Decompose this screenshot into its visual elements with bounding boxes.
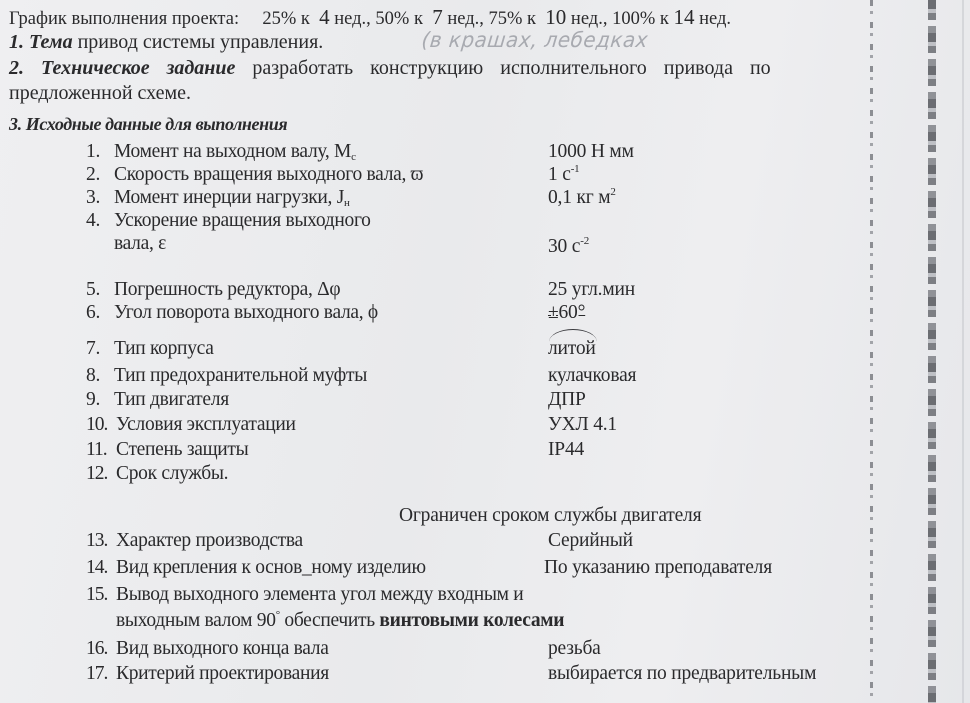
section-3-heading: 3. Исходные данные для выполнения — [9, 113, 287, 135]
scan-edge-line — [870, 0, 873, 703]
section-2-spec: 2. Техническое задание разработать конст… — [9, 57, 929, 79]
scan-binding-edge — [928, 0, 936, 703]
param-item-8: 8.Тип предохранительной муфты — [86, 365, 367, 387]
schedule-label: График выполнения проекта: — [9, 9, 239, 29]
param-item-15-continued: выходным валом 90° обеспечить винтовыми … — [116, 610, 564, 632]
section-2-label: 2. Техническое задание — [9, 57, 235, 79]
section-2-text: разработать конструкцию исполнительного … — [252, 57, 770, 79]
param-item-12: 12.Срок службы. — [86, 463, 228, 485]
param-value-4: 30 с-2 — [548, 236, 589, 258]
param-item-4-continued: вала, ε — [114, 233, 166, 255]
param-item-5: 5.Погрешность редуктора, Δφ — [86, 279, 340, 301]
param-item-17: 17.Критерий проектирования — [86, 663, 329, 685]
param-item-10: 10.Условия эксплуатации — [86, 414, 296, 436]
param-item-4: 4.Ускорение вращения выходного — [86, 210, 371, 232]
section-2-text-continued: предложенной схеме. — [9, 82, 191, 104]
section-1-label: 1. Тема — [9, 31, 73, 53]
param-value-10: УХЛ 4.1 — [548, 414, 617, 436]
section-1-text: привод системы управления. — [78, 31, 324, 53]
param-value-2: 1 с-1 — [548, 164, 579, 186]
param-item-11: 11.Степень защиты — [86, 439, 248, 461]
project-schedule: График выполнения проекта: 25% к 4 нед.,… — [9, 6, 731, 30]
param-value-5: 25 угл.мин — [548, 279, 635, 301]
param-item-2: 2.Скорость вращения выходного вала, ϖ — [86, 164, 423, 186]
scanned-document-page: График выполнения проекта: 25% к 4 нед.,… — [0, 0, 970, 703]
param-value-6: ±60° — [548, 302, 585, 324]
handwritten-arc-mark — [549, 329, 597, 342]
param-item-3: 3.Момент инерции нагрузки, Jн — [86, 187, 350, 209]
param-value-3: 0,1 кг м2 — [548, 187, 616, 209]
param-value-12: Ограничен сроком службы двигателя — [399, 505, 701, 527]
param-item-9: 9.Тип двигателя — [86, 389, 229, 411]
param-item-14: 14.Вид крепления к основ_ному изделию — [86, 557, 426, 579]
param-item-6: 6.Угол поворота выходного вала, ϕ — [86, 302, 378, 324]
param-item-16: 16.Вид выходного конца вала — [86, 638, 329, 660]
scan-page-edge — [962, 0, 964, 703]
param-item-1: 1.Момент на выходном валу, Mc — [86, 141, 356, 163]
param-item-7: 7.Тип корпуса — [86, 338, 214, 360]
param-value-9: ДПР — [548, 389, 586, 411]
milestone-50: 50% к 7 нед., — [375, 9, 483, 29]
milestone-100: 100% к 14 нед. — [612, 9, 731, 29]
param-value-11: IP44 — [548, 439, 584, 461]
param-value-13: Серийный — [548, 530, 633, 552]
param-item-13: 13.Характер производства — [86, 530, 303, 552]
section-1-topic: 1. Тема привод системы управления. — [9, 31, 323, 53]
milestone-75: 75% к 10 нед., — [489, 9, 608, 29]
param-item-15: 15.Вывод выходного элемента угол между в… — [86, 584, 523, 606]
param-value-1: 1000 Н мм — [548, 141, 634, 163]
param-value-14: По указанию преподавателя — [544, 557, 772, 579]
param-value-8: кулачковая — [548, 365, 636, 387]
handwritten-note: (в крашах, лебедках — [420, 28, 649, 52]
param-value-17: выбирается по предварительным — [548, 663, 816, 685]
param-value-16: резьба — [548, 638, 601, 660]
milestone-25: 25% к 4 нед., — [262, 9, 370, 29]
